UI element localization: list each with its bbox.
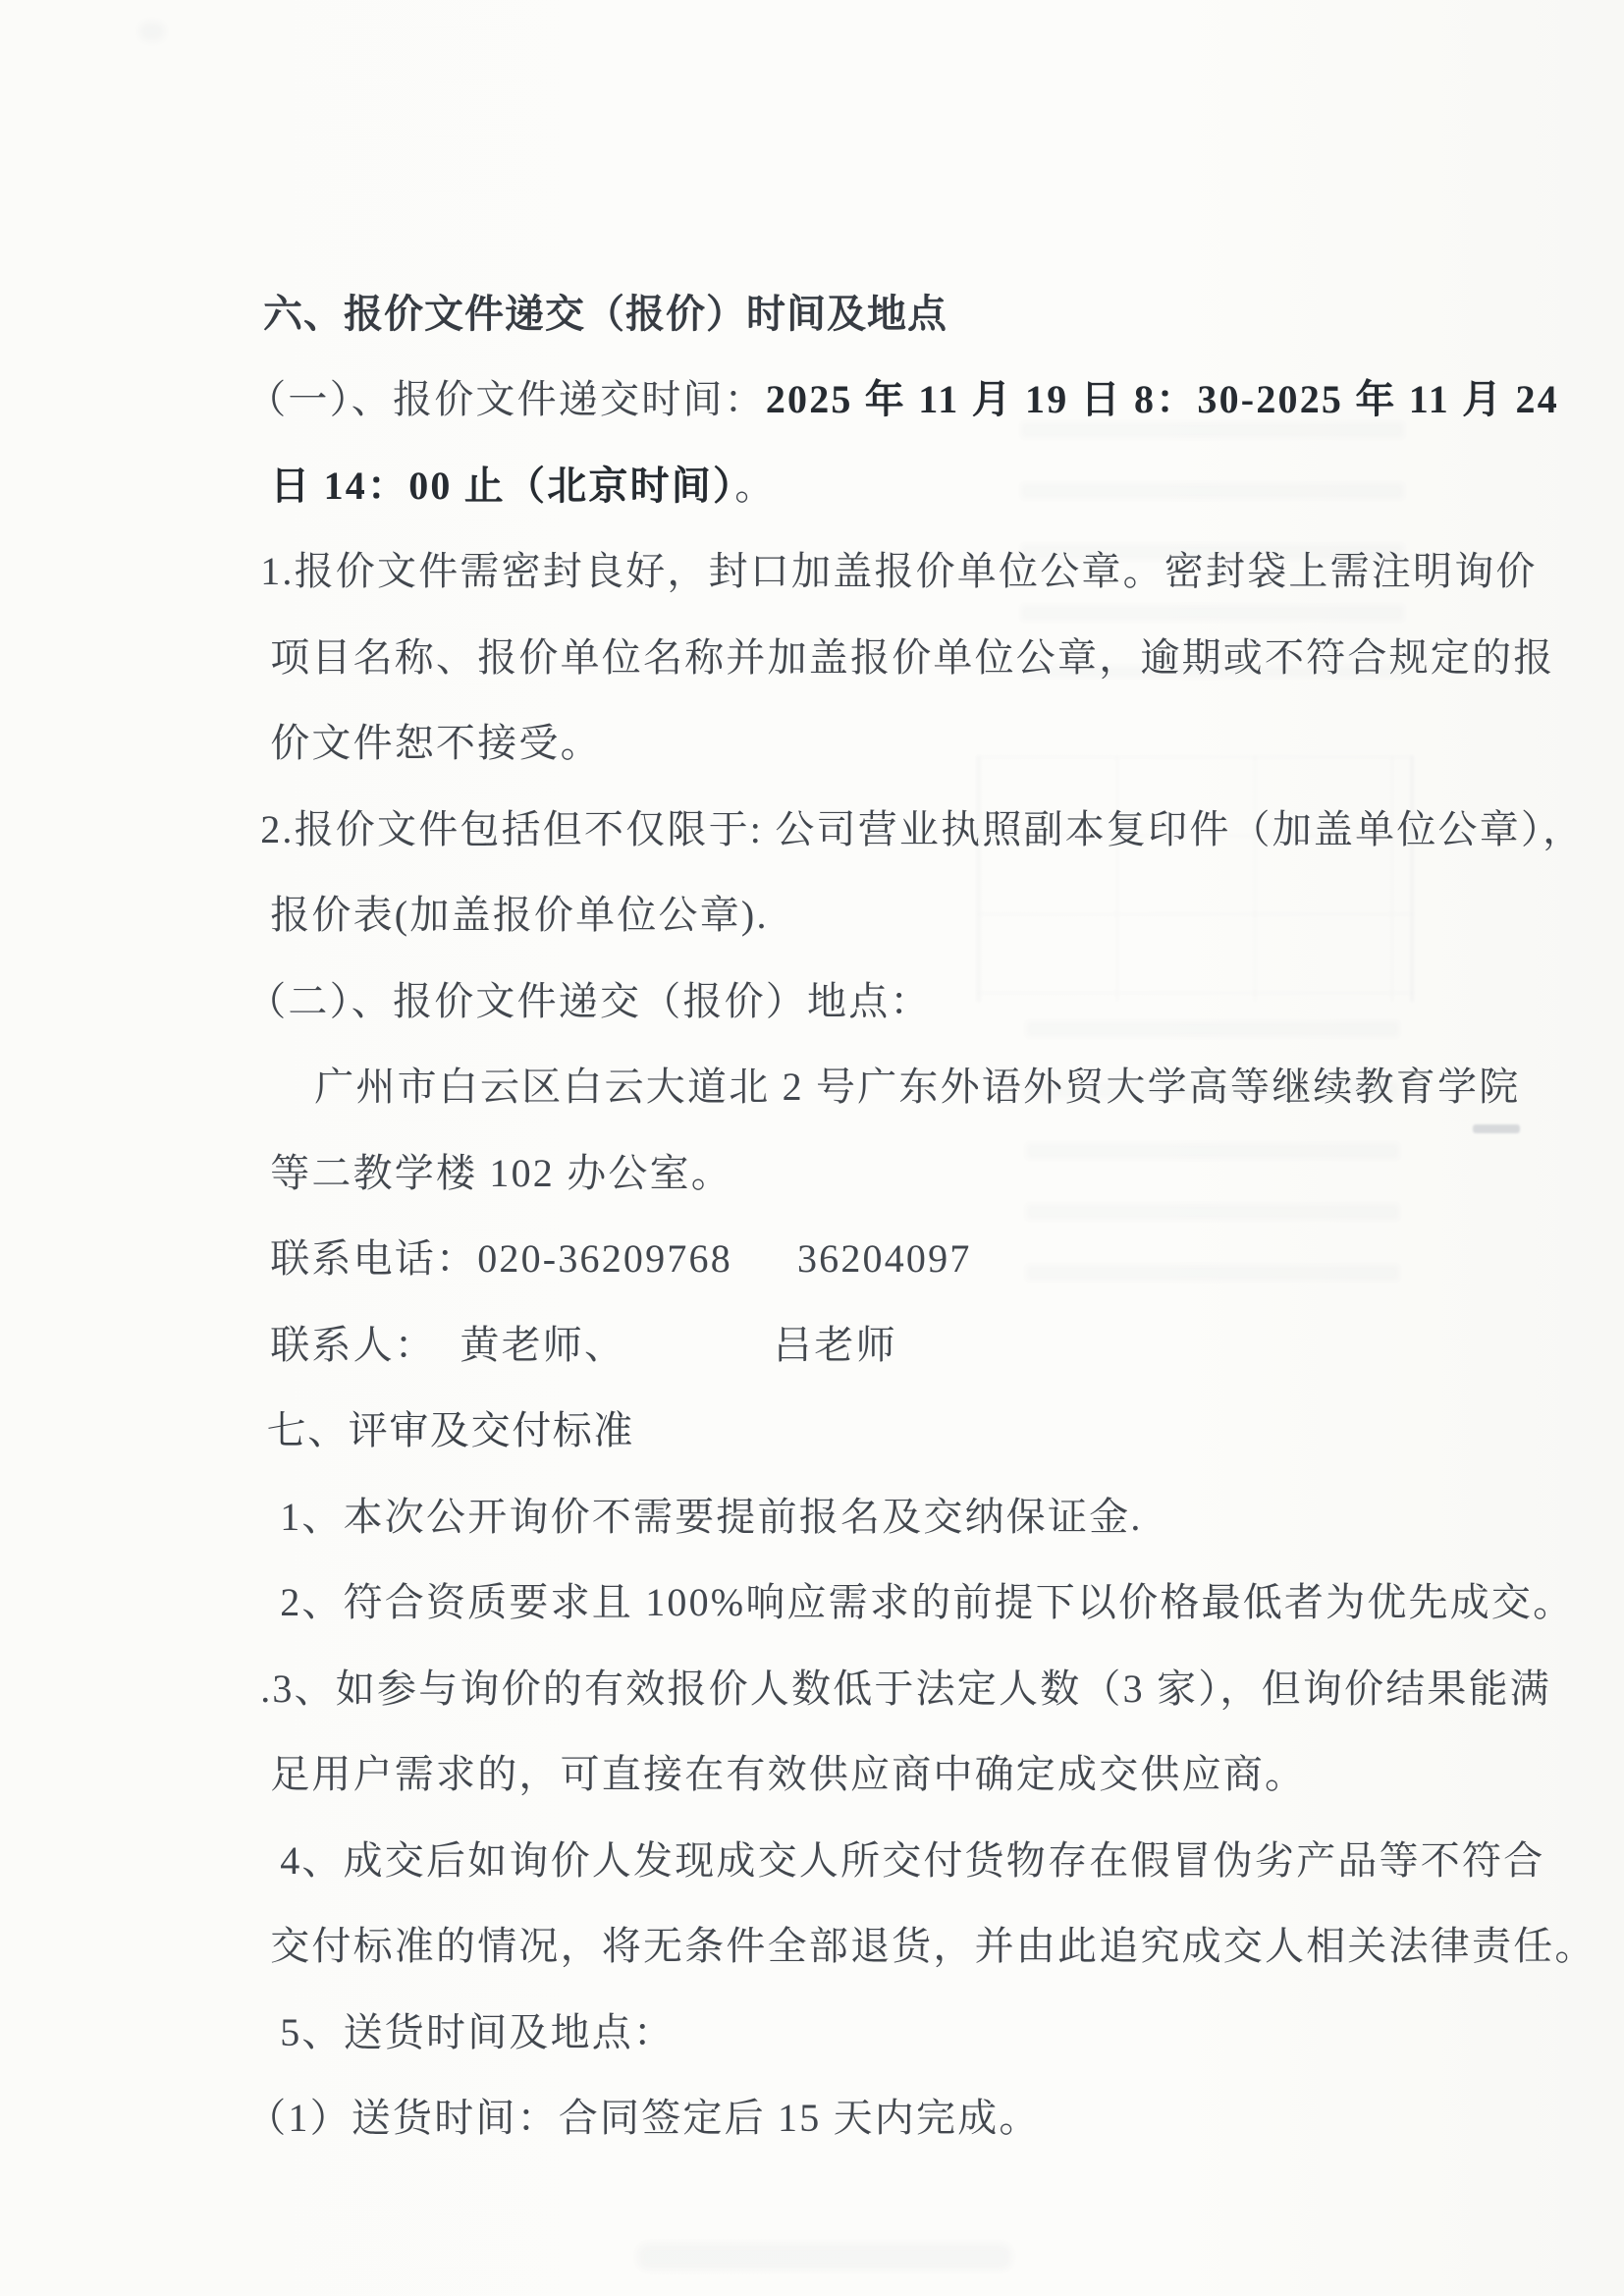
document-contents-line-1: 2.报价文件包括但不仅限于: 公司营业执照副本复印件（加盖单位公章）， [0,700,1624,787]
sealing-requirement-line-3: 价文件恕不接受。 [0,615,1624,701]
item-3-line-1: .3、如参与询价的有效报价人数低于法定人数（3 家），但询价结果能满 [0,1559,1624,1646]
item-3-line-2: 足用户需求的，可直接在有效供应商中确定成交供应商。 [0,1646,1624,1732]
sealing-requirement-line-2: 项目名称、报价单位名称并加盖报价单位公章，逾期或不符合规定的报 [0,528,1624,615]
section-7-heading: 七、评审及交付标准 [0,1302,1624,1389]
scan-smudge-bottom [638,2244,1011,2269]
delivery-time-line: （1）送货时间：合同签定后 15 天内完成。 [0,1990,1624,2076]
sealing-requirement-line-1: 1.报价文件需密封良好，封口加盖报价单位公章。密封袋上需注明询价 [0,443,1624,529]
submission-time-line-1: （一）、报价文件递交时间：2025 年 11 月 19 日 8：30-2025 … [0,271,1624,357]
item-1-line: 1、本次公开询价不需要提前报名及交纳保证金. [0,1388,1624,1474]
item-4-line-1: 4、成交后如询价人发现成交人所交付货物存在假冒伪劣产品等不符合 [0,1731,1624,1818]
text-run: （1）送货时间：合同签定后 15 天内完成。 [246,2096,1040,2140]
contact-phone-line: 联系电话：020-3620976836204097 [0,1130,1624,1217]
item-2-line: 2、符合资质要求且 100%响应需求的前提下以价格最低者为优先成交。 [0,1474,1624,1560]
document-contents-line-2: 报价表(加盖报价单位公章). [0,787,1624,873]
document-page: 六、报价文件递交（报价）时间及地点 （一）、报价文件递交时间：2025 年 11… [0,0,1624,2296]
item-5-heading: 5、送货时间及地点： [0,1903,1624,1990]
section-6-heading: 六、报价文件递交（报价）时间及地点 [0,185,1624,271]
item-4-line-2: 交付标准的情况，将无条件全部退货，并由此追究成交人相关法律责任。 [0,1818,1624,1904]
submission-time-line-2: 日 14：00 止（北京时间）。 [0,356,1624,443]
document-text-block: 六、报价文件递交（报价）时间及地点 （一）、报价文件递交时间：2025 年 11… [0,185,1624,2075]
submission-location-heading: （二）、报价文件递交（报价）地点： [0,872,1624,958]
address-line-2: 等二教学楼 102 办公室。 [0,1044,1624,1130]
contact-person-line: 联系人： 黄老师、吕老师 [0,1216,1624,1302]
scan-smudge-top-left [139,22,165,41]
address-line-1: 广州市白云区白云大道北 2 号广东外语外贸大学高等继续教育学院 [0,958,1624,1045]
